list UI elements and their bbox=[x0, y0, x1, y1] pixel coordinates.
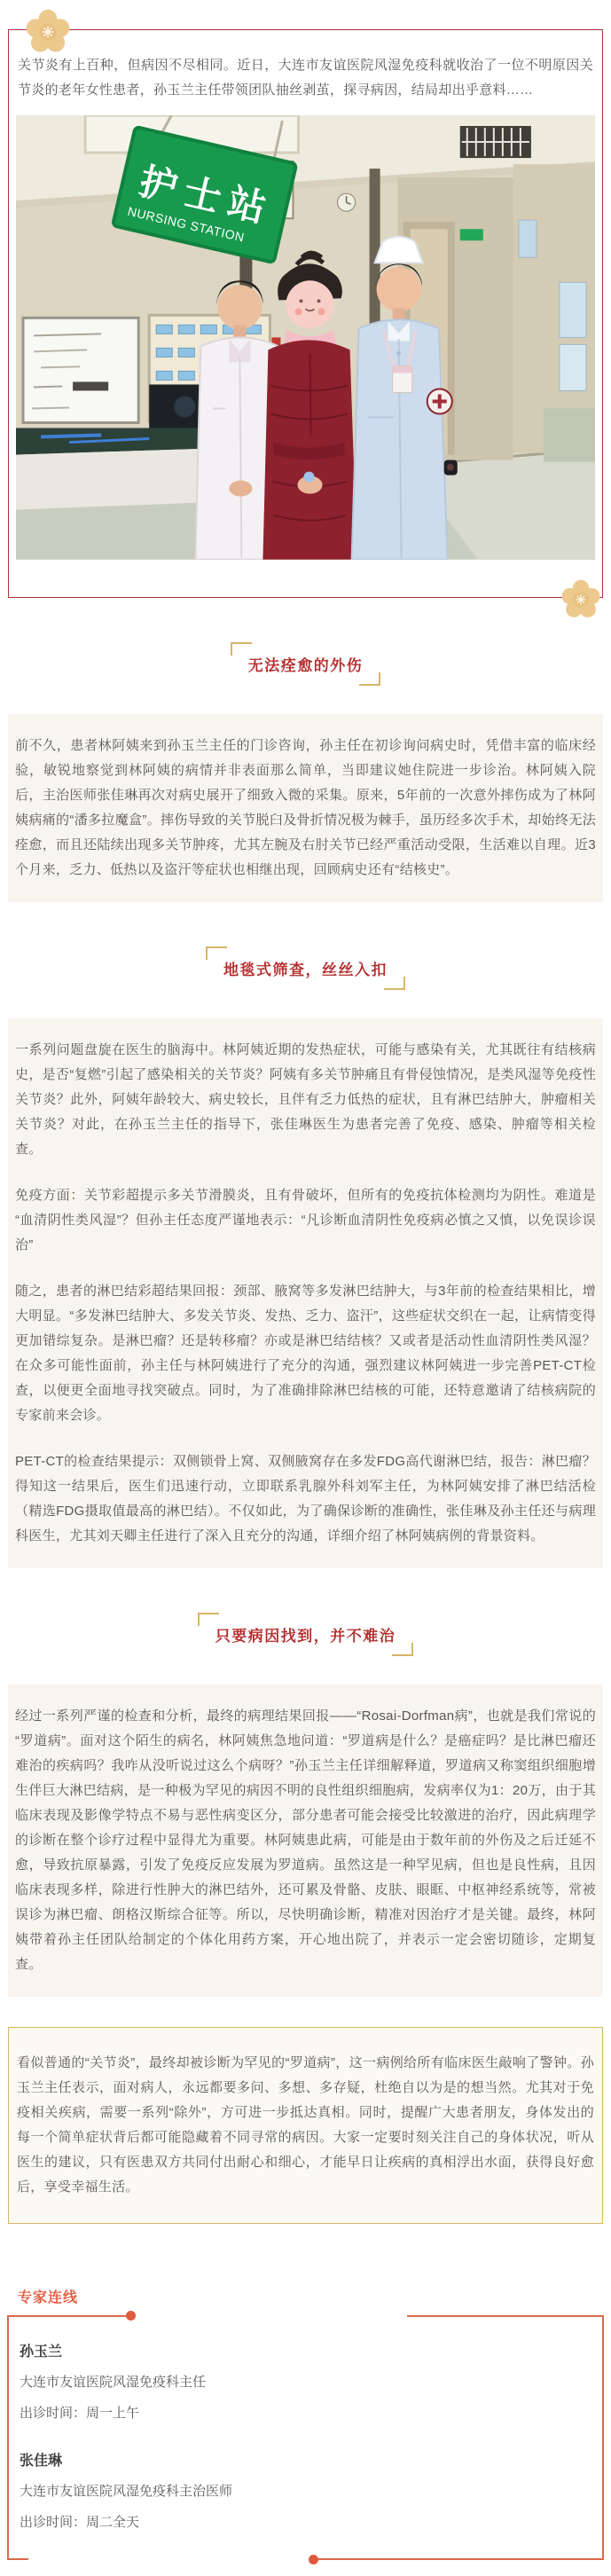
ceiling-light-grille bbox=[460, 126, 531, 158]
paragraph: 随之，患者的淋巴结彩超结果回报：颈部、腋窝等多发淋巴结肿大，与3年前的检查结果相… bbox=[15, 1279, 596, 1428]
section-title: 地毯式筛查，丝丝入扣 bbox=[209, 948, 402, 988]
paragraph: 免疫方面：关节彩超提示多关节滑膜炎，且有骨破坏，但所有的免疫抗体检测均为阴性。难… bbox=[15, 1183, 596, 1258]
expert-name: 张佳琳 bbox=[20, 2449, 591, 2470]
hero-box: 关节炎有上百种，但病因不尽相同。近日，大连市友谊医院风湿免疫科就收治了一位不明原… bbox=[8, 29, 603, 598]
paragraph: PET-CT的检查结果提示：双侧锁骨上窝、双侧腋窝存在多发FDG高代谢淋巴结，报… bbox=[15, 1449, 596, 1549]
section-2-body: 一系列问题盘旋在医生的脑海中。林阿姨近期的发热症状，可能与感染有关，尤其既往有结… bbox=[8, 1018, 603, 1568]
paragraph: 前不久，患者林阿姨来到孙玉兰主任的门诊咨询，孙主任在初诊询问病史时，凭借丰富的临… bbox=[15, 734, 596, 883]
expert-name: 孙玉兰 bbox=[20, 2340, 591, 2360]
paragraph: 一系列问题盘旋在医生的脑海中。林阿姨近期的发热症状，可能与感染有关，尤其既往有结… bbox=[15, 1038, 596, 1162]
frame-border bbox=[602, 2315, 604, 2560]
frame-border bbox=[407, 2315, 604, 2317]
frame-border bbox=[7, 2558, 28, 2560]
paragraph: 经过一系列严谨的检查和分析，最终的病理结果回报——“Rosai-Dorfman病… bbox=[15, 1704, 596, 1977]
plum-flower-icon bbox=[25, 9, 71, 55]
plum-flower-icon bbox=[560, 579, 601, 620]
intro-paragraph: 关节炎有上百种，但病因不尽相同。近日，大连市友谊医院风湿免疫科就收治了一位不明原… bbox=[18, 53, 593, 103]
expert-schedule: 出诊时间：周一上午 bbox=[20, 2403, 591, 2424]
whiteboard bbox=[23, 318, 138, 422]
article-page: 关节炎有上百种，但病因不尽相同。近日，大连市友谊医院风湿免疫科就收治了一位不明原… bbox=[0, 29, 611, 2576]
frame-border bbox=[7, 2315, 9, 2560]
section-3-body: 经过一系列严谨的检查和分析，最终的病理结果回报——“Rosai-Dorfman病… bbox=[8, 1685, 603, 1997]
section-header-3: 只要病因找到，并不难治 bbox=[0, 1614, 611, 1654]
expert-card: 张佳琳 大连市友谊医院风湿免疫科主治医师 出诊时间：周二全天 bbox=[20, 2449, 591, 2533]
expert-schedule: 出诊时间：周二全天 bbox=[20, 2512, 591, 2533]
section-title: 只要病因找到，并不难治 bbox=[201, 1614, 411, 1654]
frame-dot bbox=[309, 2555, 318, 2564]
expert-title: 大连市友谊医院风湿免疫科主任 bbox=[20, 2372, 591, 2393]
frame-border bbox=[7, 2315, 129, 2317]
section-header-2: 地毯式筛查，丝丝入扣 bbox=[0, 948, 611, 988]
experts-box: 孙玉兰 大连市友谊医院风湿免疫科主任 出诊时间：周一上午 张佳琳 大连市友谊医院… bbox=[7, 2315, 604, 2560]
hospital-photo-illustration: 护士站 NURSING STATION bbox=[16, 115, 595, 560]
expert-title: 大连市友谊医院风湿免疫科主治医师 bbox=[20, 2481, 591, 2502]
section-1-body: 前不久，患者林阿姨来到孙玉兰主任的门诊咨询，孙主任在初诊询问病史时，凭借丰富的临… bbox=[8, 714, 603, 902]
section-header-1: 无法痊愈的外伤 bbox=[0, 644, 611, 684]
summary-box: 看似普通的“关节炎”，最终却被诊断为罕见的“罗道病”，这一病例给所有临床医生敲响… bbox=[8, 2027, 603, 2224]
hospital-photo: 护士站 NURSING STATION bbox=[16, 115, 595, 560]
frame-border bbox=[311, 2558, 604, 2560]
experts-header: 专家连线 bbox=[18, 2286, 611, 2306]
frame-dot bbox=[126, 2311, 136, 2321]
expert-card: 孙玉兰 大连市友谊医院风湿免疫科主任 出诊时间：周一上午 bbox=[20, 2340, 591, 2424]
exit-sign bbox=[460, 229, 483, 240]
emoji-face-cover bbox=[286, 280, 333, 328]
section-title: 无法痊愈的外伤 bbox=[234, 644, 378, 684]
summary-paragraph: 看似普通的“关节炎”，最终却被诊断为罕见的“罗道病”，这一病例给所有临床医生敲响… bbox=[17, 2051, 594, 2200]
